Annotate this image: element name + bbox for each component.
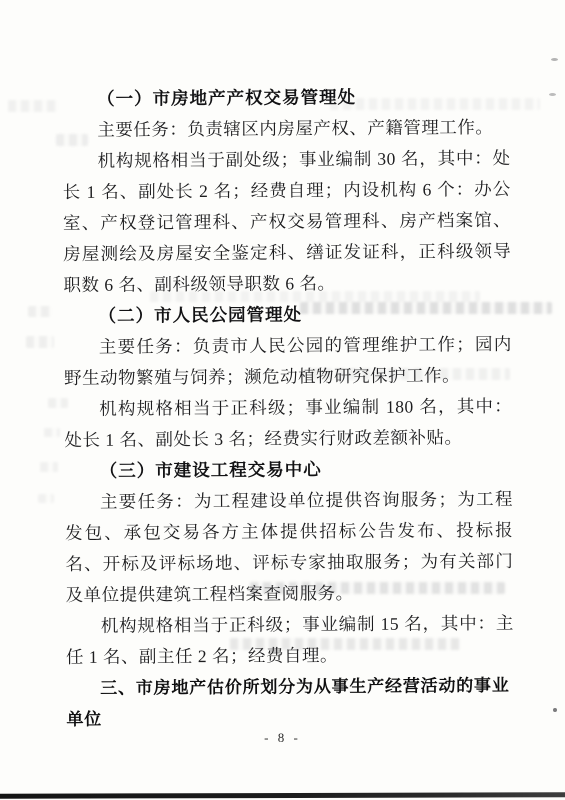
bleed-through-artifact: [300, 302, 552, 314]
page-number: - 8 -: [0, 730, 565, 746]
bleed-through-artifact: [150, 291, 480, 302]
section-1-paragraph-tasks: 主要任务：负责辖区内房屋产权、产籍管理工作。: [62, 112, 510, 146]
bleed-through-artifact: [44, 428, 60, 437]
scan-speck: [549, 93, 556, 96]
section-3-heading: （三）市建设工程交易中心: [65, 453, 513, 487]
bleed-through-artifact: [56, 134, 88, 146]
bleed-through-artifact: [8, 100, 58, 112]
section-2-paragraph-tasks: 主要任务：负责市人民公园的管理维护工作；园内野生动物繁殖与饲养；濒危动植物研究保…: [64, 329, 512, 394]
scan-edge-shadow: [0, 792, 565, 798]
document-body: （一）市房地产产权交易管理处 主要任务：负责辖区内房屋产权、产籍管理工作。 机构…: [62, 81, 515, 735]
bleed-through-artifact: [28, 306, 52, 317]
bleed-through-artifact: [38, 494, 54, 503]
bleed-through-artifact: [250, 582, 505, 594]
bleed-through-artifact: [40, 462, 58, 472]
closing-heading: 三、市房地产估价所划分为从事生产经营活动的事业单位: [66, 670, 514, 735]
bleed-through-artifact: [26, 336, 54, 348]
scan-speck: [553, 708, 557, 712]
bleed-through-artifact: [310, 368, 510, 380]
bleed-through-artifact: [48, 398, 68, 408]
section-1-paragraph-staffing: 机构规格相当于副处级；事业编制 30 名，其中：处长 1 名、副处长 2 名；经…: [62, 143, 511, 301]
scanned-document-page: （一）市房地产产权交易管理处 主要任务：负责辖区内房屋产权、产籍管理工作。 机构…: [0, 0, 565, 800]
scan-speck: [551, 58, 558, 61]
bleed-through-artifact: [330, 98, 540, 110]
section-2-paragraph-staffing: 机构规格相当于正科级；事业编制 180 名，其中：处长 1 名、副处长 3 名；…: [64, 391, 512, 456]
bleed-through-artifact: [230, 638, 460, 650]
